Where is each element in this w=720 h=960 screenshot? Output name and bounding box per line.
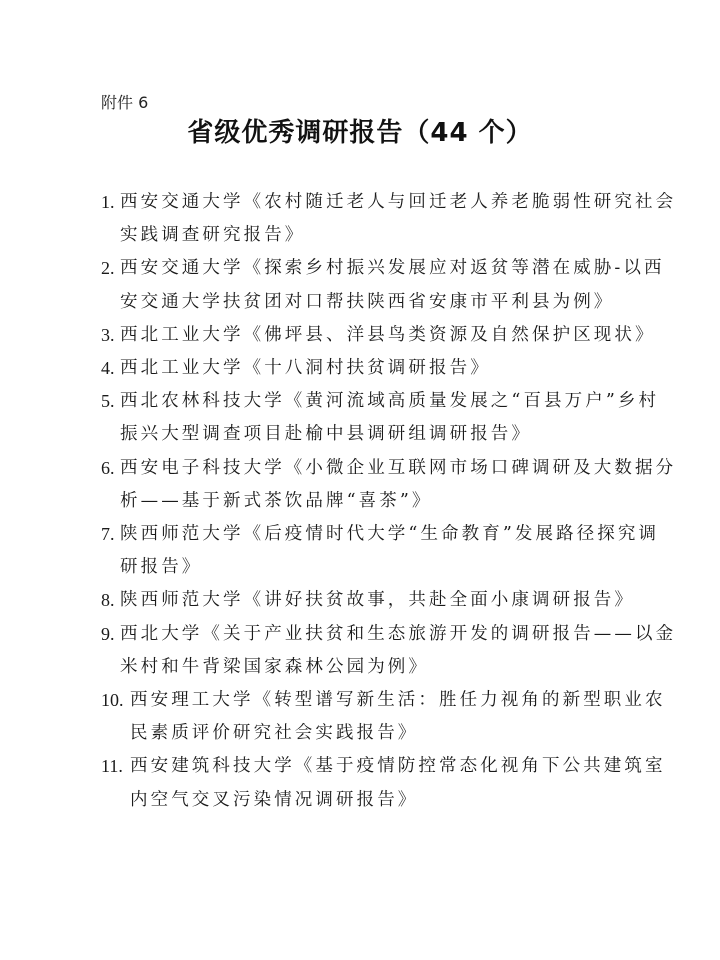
item-text-line: 西北工业大学《佛坪县、洋县鸟类资源及自然保护区现状》 [101,319,641,352]
list-item: 8. 陕西师范大学《讲好扶贫故事，共赴全面小康调研报告》 [101,584,641,617]
item-text-line: 西安交通大学《探索乡村振兴发展应对返贫等潜在威胁-以西 [101,252,641,285]
list-item: 1. 西安交通大学《农村随迁老人与回迁老人养老脆弱性研究社会 实践调查研究报告》 [101,186,641,252]
page-title: 省级优秀调研报告（44 个） [0,116,720,150]
item-number: 10. [101,684,124,717]
item-number: 6. [101,452,115,485]
list-item: 2. 西安交通大学《探索乡村振兴发展应对返贫等潜在威胁-以西 安交通大学扶贫团对… [101,252,641,318]
item-number: 7. [101,518,115,551]
item-text-line: 西安建筑科技大学《基于疫情防控常态化视角下公共建筑室 [101,750,641,783]
item-number: 4. [101,352,115,385]
item-text-line: 民素质评价研究社会实践报告》 [101,717,641,750]
item-text-line: 西安电子科技大学《小微企业互联网市场口碑调研及大数据分 [101,452,641,485]
item-number: 11. [101,750,123,783]
item-text-line: 陕西师范大学《后疫情时代大学“生命教育”发展路径探究调 [101,518,641,551]
item-number: 1. [101,186,115,219]
item-number: 8. [101,584,115,617]
item-text-line: 米村和牛背梁国家森林公园为例》 [101,651,641,684]
list-item: 9. 西北大学《关于产业扶贫和生态旅游开发的调研报告——以金 米村和牛背梁国家森… [101,618,641,684]
item-text-line: 析——基于新式茶饮品牌“喜茶”》 [101,485,641,518]
item-text-line: 安交通大学扶贫团对口帮扶陕西省安康市平利县为例》 [101,286,641,319]
attachment-label: 附件 6 [101,92,148,114]
list-item: 7. 陕西师范大学《后疫情时代大学“生命教育”发展路径探究调 研报告》 [101,518,641,584]
item-text-line: 内空气交叉污染情况调研报告》 [101,784,641,817]
list-item: 11. 西安建筑科技大学《基于疫情防控常态化视角下公共建筑室 内空气交叉污染情况… [101,750,641,816]
list-item: 5. 西北农林科技大学《黄河流域高质量发展之“百县万户”乡村 振兴大型调查项目赴… [101,385,641,451]
item-number: 2. [101,252,115,285]
item-text-line: 实践调查研究报告》 [101,219,641,252]
list-item: 3. 西北工业大学《佛坪县、洋县鸟类资源及自然保护区现状》 [101,319,641,352]
list-item: 10. 西安理工大学《转型谱写新生活：胜任力视角的新型职业农 民素质评价研究社会… [101,684,641,750]
item-text-line: 西北大学《关于产业扶贫和生态旅游开发的调研报告——以金 [101,618,641,651]
item-text-line: 西北工业大学《十八洞村扶贫调研报告》 [101,352,641,385]
item-text-line: 西北农林科技大学《黄河流域高质量发展之“百县万户”乡村 [101,385,641,418]
item-number: 9. [101,618,115,651]
list-item: 6. 西安电子科技大学《小微企业互联网市场口碑调研及大数据分 析——基于新式茶饮… [101,452,641,518]
item-text-line: 西安理工大学《转型谱写新生活：胜任力视角的新型职业农 [101,684,641,717]
item-text-line: 振兴大型调查项目赴榆中县调研组调研报告》 [101,418,641,451]
item-text-line: 陕西师范大学《讲好扶贫故事，共赴全面小康调研报告》 [101,584,641,617]
item-number: 3. [101,319,115,352]
list-item: 4. 西北工业大学《十八洞村扶贫调研报告》 [101,352,641,385]
report-list: 1. 西安交通大学《农村随迁老人与回迁老人养老脆弱性研究社会 实践调查研究报告》… [101,186,641,817]
item-number: 5. [101,385,115,418]
item-text-line: 研报告》 [101,551,641,584]
item-text-line: 西安交通大学《农村随迁老人与回迁老人养老脆弱性研究社会 [101,186,641,219]
